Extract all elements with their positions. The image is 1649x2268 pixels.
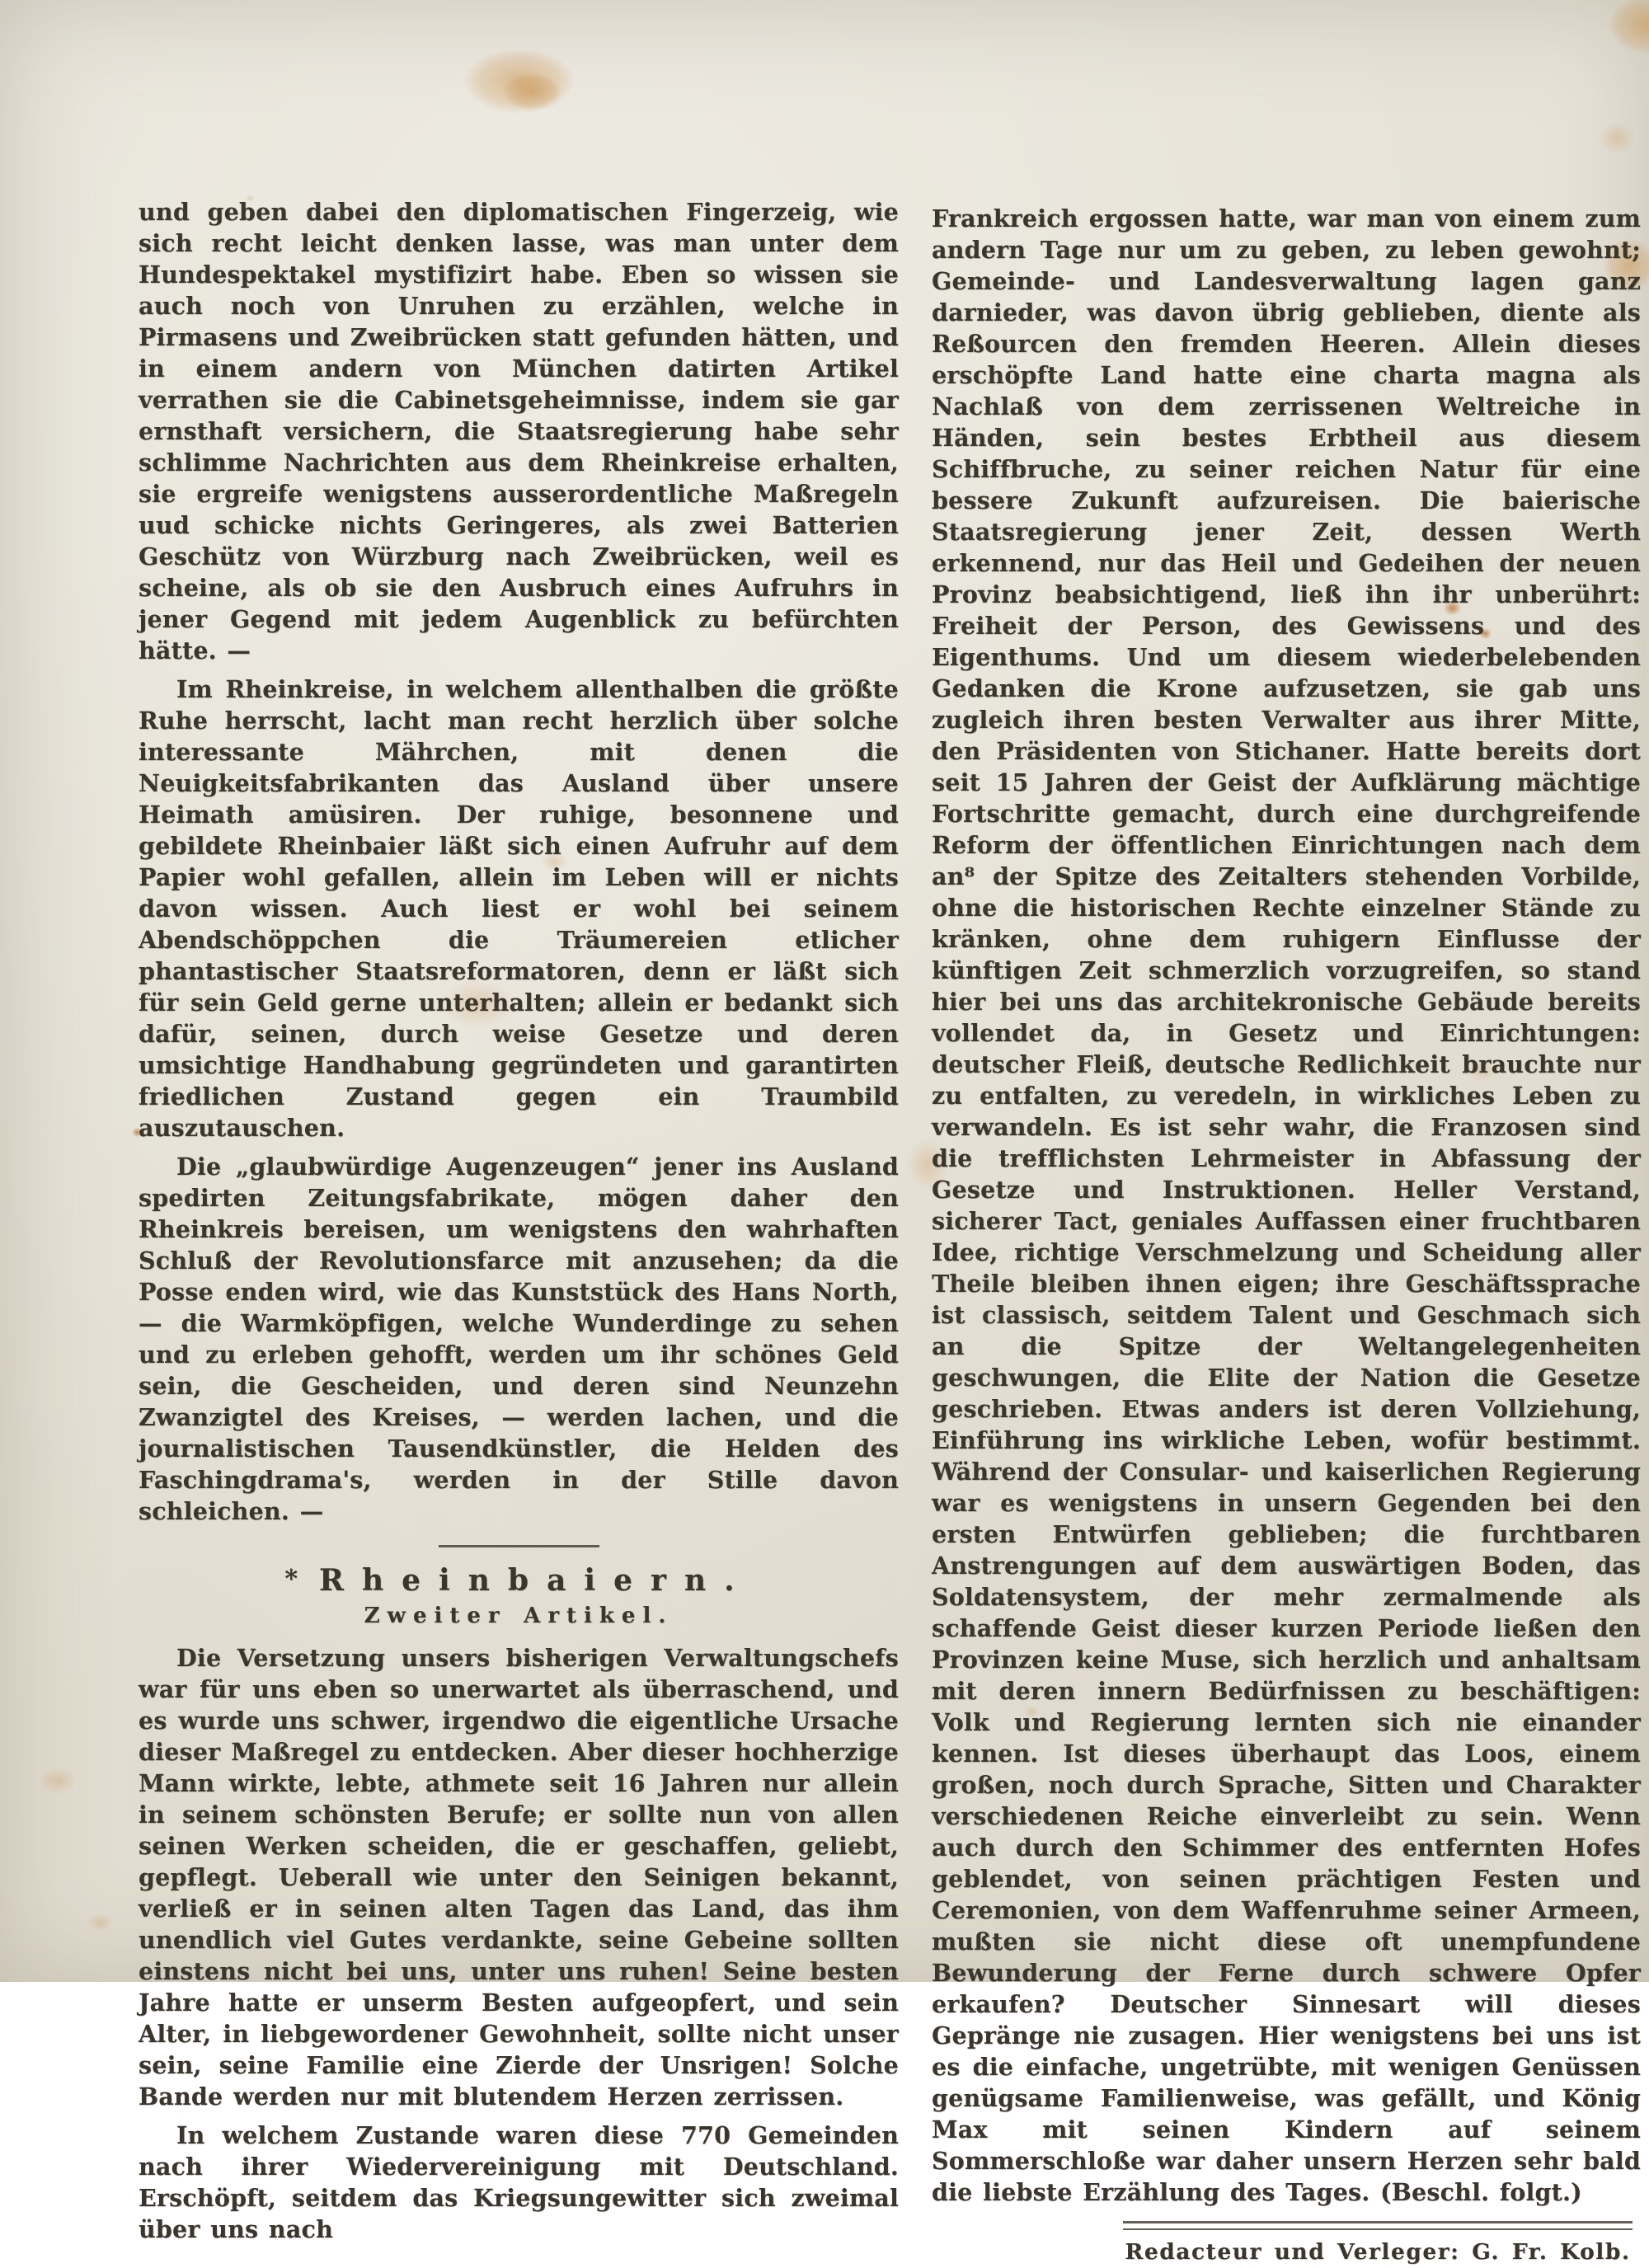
paper-stain <box>1596 0 1649 63</box>
paragraph: Im Rheinkreise, in welchem allenthalben … <box>139 674 899 1143</box>
paragraph: Die „glaubwürdige Augenzeugen“ jener ins… <box>139 1151 899 1527</box>
left-column: und geben dabei den diplomatischen Finge… <box>139 196 899 1982</box>
section-divider-rule <box>439 1545 599 1547</box>
paper-stain <box>31 1761 84 1801</box>
section-heading: *Rheinbaiern. <box>139 1561 899 1599</box>
right-column: Frankreich ergossen hatte, war man von e… <box>932 203 1641 1982</box>
paragraph-continuation: Frankreich ergossen hatte, war man von e… <box>932 203 1641 1982</box>
newspaper-page: und geben dabei den diplomatischen Finge… <box>0 0 1649 1982</box>
paper-stain <box>493 66 571 117</box>
paper-stain <box>1591 115 1642 161</box>
paragraph-continuation: und geben dabei den diplomatischen Finge… <box>139 196 899 666</box>
section-subtitle: Zweiter Artikel. <box>139 1599 899 1632</box>
paper-stain <box>445 38 594 124</box>
paper-stain <box>82 1909 119 1936</box>
paragraph: Die Versetzung unsers bisherigen Verwalt… <box>139 1642 899 1982</box>
section-title: Rheinbaiern. <box>319 1563 753 1598</box>
heading-star-mark: * <box>284 1565 298 1594</box>
